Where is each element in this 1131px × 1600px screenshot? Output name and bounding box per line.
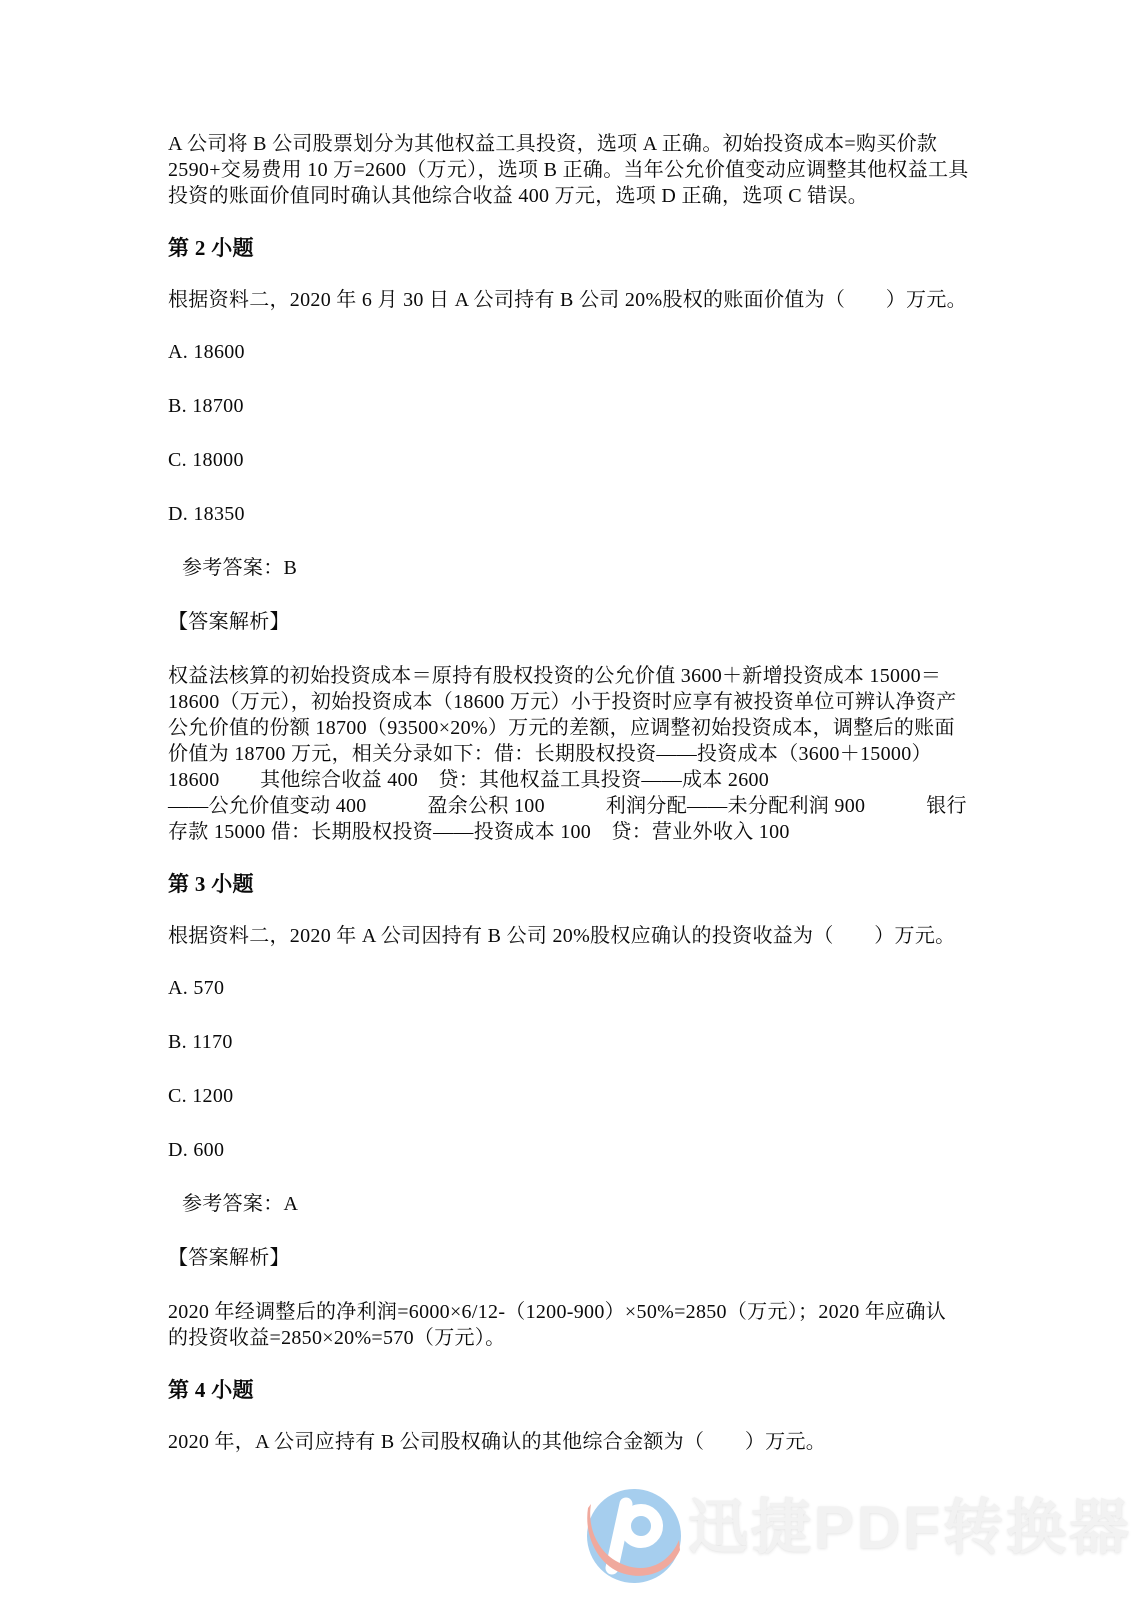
question3-stem: 根据资料二，2020 年 A 公司因持有 B 公司 20%股权应确认的投资收益为… bbox=[168, 923, 1000, 949]
question2-stem: 根据资料二，2020 年 6 月 30 日 A 公司持有 B 公司 20%股权的… bbox=[168, 287, 1000, 313]
document-content: A 公司将 B 公司股票划分为其他权益工具投资，选项 A 正确。初始投资成本=购… bbox=[168, 131, 1000, 1481]
question4-stem: 2020 年，A 公司应持有 B 公司股权确认的其他综合金额为（ ）万元。 bbox=[168, 1429, 1000, 1455]
question3-option-b: B. 1170 bbox=[168, 1029, 1000, 1055]
question2-option-a: A. 18600 bbox=[168, 339, 1000, 365]
pdf-converter-logo-icon bbox=[586, 1488, 682, 1584]
question4-heading: 第 4 小题 bbox=[168, 1377, 1000, 1403]
watermark-brand-text: 迅捷PDF转换器 bbox=[688, 1480, 1131, 1576]
question2-analysis-heading: 【答案解析】 bbox=[168, 609, 1000, 635]
document-page: A 公司将 B 公司股票划分为其他权益工具投资，选项 A 正确。初始投资成本=购… bbox=[0, 0, 1131, 1600]
question3-analysis-heading: 【答案解析】 bbox=[168, 1245, 1000, 1271]
question2-heading: 第 2 小题 bbox=[168, 235, 1000, 261]
question3-option-d: D. 600 bbox=[168, 1137, 1000, 1163]
intro-paragraph: A 公司将 B 公司股票划分为其他权益工具投资，选项 A 正确。初始投资成本=购… bbox=[168, 131, 1000, 209]
question2-analysis-text: 权益法核算的初始投资成本＝原持有股权投资的公允价值 3600＋新增投资成本 15… bbox=[168, 663, 1000, 845]
question3-analysis-text: 2020 年经调整后的净利润=6000×6/12-（1200-900）×50%=… bbox=[168, 1299, 1000, 1351]
question2-reference-answer: 参考答案：B bbox=[168, 555, 1000, 581]
question3-option-c: C. 1200 bbox=[168, 1083, 1000, 1109]
question2-option-c: C. 18000 bbox=[168, 447, 1000, 473]
converter-watermark: 迅捷PDF转换器 bbox=[586, 1488, 1131, 1584]
question3-option-a: A. 570 bbox=[168, 975, 1000, 1001]
question3-reference-answer: 参考答案：A bbox=[168, 1191, 1000, 1217]
question3-heading: 第 3 小题 bbox=[168, 871, 1000, 897]
question2-option-d: D. 18350 bbox=[168, 501, 1000, 527]
question2-option-b: B. 18700 bbox=[168, 393, 1000, 419]
